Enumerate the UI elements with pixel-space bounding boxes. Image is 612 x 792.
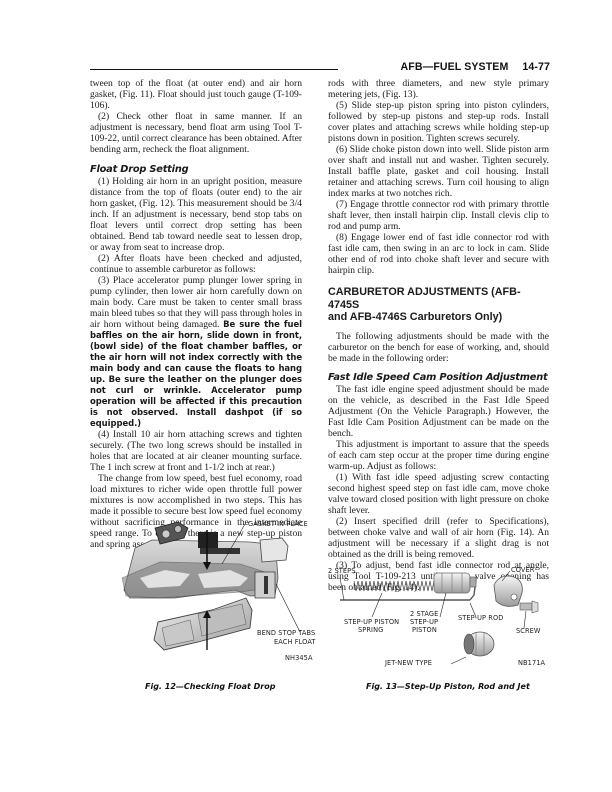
paragraph: (4) Install 10 air horn attaching screws… xyxy=(90,429,302,473)
paragraph: (2) Check other float in same manner. If… xyxy=(90,111,302,155)
paragraph: (1) Holding air horn in an upright posit… xyxy=(90,176,302,253)
carburetor-air-horn-illustration xyxy=(100,520,315,670)
label-bend-stop-tabs: BEND STOP TABS xyxy=(257,629,315,637)
page-number: 14-77 xyxy=(522,61,550,73)
subheading-float-drop-setting: Float Drop Setting xyxy=(90,164,302,176)
figure-ref-code: NH345A xyxy=(285,654,313,662)
label-jet-new-type: JET-NEW TYPE xyxy=(385,659,432,667)
figure-ref-code: NB171A xyxy=(518,659,545,667)
label-2-stage-piston-3: PISTON xyxy=(412,626,437,634)
right-column: rods with three diameters, and new style… xyxy=(328,78,549,593)
manual-page: AFB—FUEL SYSTEM14-77 tween top of the fl… xyxy=(0,0,612,792)
paragraph: (1) With fast idle speed adjusting screw… xyxy=(328,472,549,516)
figure-13-caption: Fig. 13—Step-Up Piston, Rod and Jet xyxy=(366,682,530,691)
paragraph: (2) Insert specified drill (refer to Spe… xyxy=(328,516,549,560)
label-each-float: EACH FLOAT xyxy=(274,638,316,646)
paragraph: (6) Slide choke piston down into well. S… xyxy=(328,144,549,199)
label-step-up-piston-spring-1: STEP-UP PISTON xyxy=(344,618,399,626)
label-2-stage-piston-1: 2 STAGE xyxy=(410,610,438,618)
label-screw: SCREW xyxy=(516,627,541,635)
spacer xyxy=(328,276,549,286)
label-step-up-rod: STEP-UP ROD xyxy=(458,614,503,622)
header-rule xyxy=(90,69,338,70)
spacer xyxy=(90,155,302,164)
section-heading-line-2: and AFB-4746S Carburetors Only) xyxy=(328,311,549,324)
paragraph: (5) Slide step-up piston spring into pis… xyxy=(328,100,549,144)
paragraph: tween top of the float (at outer end) an… xyxy=(90,78,302,111)
label-2-steps: 2 STEPS xyxy=(328,567,356,575)
section-title: AFB—FUEL SYSTEM xyxy=(401,61,509,73)
running-head: AFB—FUEL SYSTEM14-77 xyxy=(401,61,550,73)
left-column: tween top of the float (at outer end) an… xyxy=(90,78,302,550)
figure-12-checking-float-drop: GASKET IN PLACE BEND STOP TABS EACH FLOA… xyxy=(100,520,315,670)
label-step-up-piston-spring-2: SPRING xyxy=(358,626,383,634)
label-cover: COVER xyxy=(511,566,534,574)
page-header: AFB—FUEL SYSTEM14-77 xyxy=(90,61,550,75)
paragraph: The fast idle engine speed adjustment sh… xyxy=(328,384,549,439)
paragraph: (8) Engage lower end of fast idle connec… xyxy=(328,232,549,276)
spacer xyxy=(328,364,549,372)
paragraph-caution: (3) Place accelerator pump plunger lower… xyxy=(90,275,302,429)
caution-note: Be sure the fuel baffles on the air horn… xyxy=(90,319,302,428)
figure-12-caption: Fig. 12—Checking Float Drop xyxy=(145,682,275,691)
paragraph: This adjustment is important to assure t… xyxy=(328,439,549,472)
label-2-stage-piston-2: STEP-UP xyxy=(410,618,438,626)
paragraph: The following adjustments should be made… xyxy=(328,331,549,364)
section-heading-line-1: CARBURETOR ADJUSTMENTS (AFB-4745S xyxy=(328,286,549,311)
spacer xyxy=(328,324,549,331)
paragraph: (7) Engage throttle connector rod with p… xyxy=(328,199,549,232)
paragraph: rods with three diameters, and new style… xyxy=(328,78,549,100)
subheading-fast-idle-cam: Fast Idle Speed Cam Position Adjustment xyxy=(328,372,549,384)
label-gasket-in-place: GASKET IN PLACE xyxy=(248,520,308,528)
paragraph: (2) After floats have been checked and a… xyxy=(90,253,302,275)
